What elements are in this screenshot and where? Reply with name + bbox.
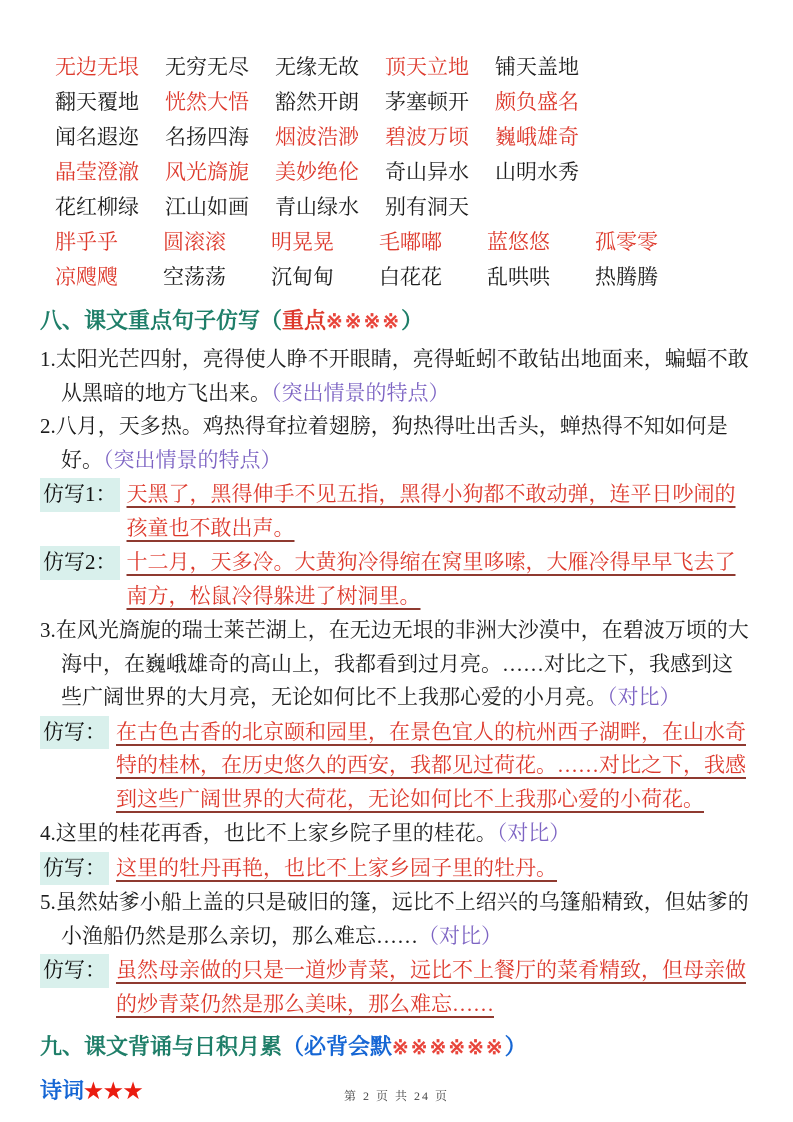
sentence-item-1: 1.太阳光芒四射，亮得使人睁不开眼睛，亮得蚯蚓不敢钻出地面来，蝙蝠不敢从黑暗的地… — [40, 343, 753, 410]
item-note: （突出情景的特点） — [103, 448, 282, 472]
fangxie-label: 仿写： — [40, 954, 109, 988]
section9-tag: 必背会默 — [304, 1034, 392, 1059]
idiom-word: 青山绿水 — [275, 190, 385, 225]
fangxie-answer: 虽然母亲做的只是一道炒青菜，远比不上餐厅的菜肴精致，但母亲做的炒青菜仍然是那么美… — [116, 954, 753, 1021]
idiom-word: 豁然开朗 — [275, 85, 385, 120]
fangxie-answer: 在古色古香的北京颐和园里，在景色宜人的杭州西子湖畔，在山水奇特的桂林，在历史悠久… — [116, 716, 753, 817]
idiom-row: 凉飕飕空荡荡沉甸甸白花花乱哄哄热腾腾 — [55, 260, 753, 295]
idiom-word: 闻名遐迩 — [55, 120, 165, 155]
idiom-row: 翻天覆地恍然大悟豁然开朗茅塞顿开颇负盛名 — [55, 85, 753, 120]
idiom-word: 孤零零 — [595, 225, 703, 260]
item-number: 5. — [40, 890, 56, 914]
fangxie-block-2: 仿写2： 十二月，天多冷。大黄狗冷得缩在窝里哆嗦，大雁冷得早早飞去了南方，松鼠冷… — [40, 546, 753, 613]
item-note: （对比） — [418, 924, 502, 948]
fangxie-label: 仿写： — [40, 852, 109, 886]
fangxie-block-4: 仿写： 这里的牡丹再艳，也比不上家乡园子里的牡丹。 — [40, 852, 753, 886]
idiom-word: 名扬四海 — [165, 120, 275, 155]
idiom-word: 巍峨雄奇 — [495, 120, 605, 155]
item-number: 4. — [40, 821, 56, 845]
page-number-footer: 第 2 页 共 24 页 — [0, 1087, 793, 1104]
idiom-row: 无边无垠无穷无尽无缘无故顶天立地铺天盖地 — [55, 50, 753, 85]
idiom-word: 蓝悠悠 — [487, 225, 595, 260]
paren-close: ） — [505, 1034, 527, 1059]
section9-title: 九、课文背诵与日积月累 — [40, 1034, 282, 1059]
fangxie-label: 仿写2： — [40, 546, 120, 580]
idiom-word: 顶天立地 — [385, 50, 495, 85]
idiom-row: 晶莹澄澈风光旖旎美妙绝伦奇山异水山明水秀 — [55, 155, 753, 190]
idiom-word: 白花花 — [379, 260, 487, 295]
idiom-word: 奇山异水 — [385, 155, 495, 190]
idiom-word: 翻天覆地 — [55, 85, 165, 120]
fangxie-answer: 十二月，天多冷。大黄狗冷得缩在窝里哆嗦，大雁冷得早早飞去了南方，松鼠冷得躲进了树… — [127, 546, 754, 613]
paren-open: （ — [282, 1034, 304, 1059]
item-number: 1. — [40, 347, 56, 371]
idiom-word: 风光旖旎 — [165, 155, 275, 190]
idiom-word: 碧波万顷 — [385, 120, 495, 155]
idiom-word: 沉甸甸 — [271, 260, 379, 295]
item-note: （对比） — [497, 821, 571, 845]
item-number: 2. — [40, 414, 56, 438]
idiom-word: 空荡荡 — [163, 260, 271, 295]
idiom-word: 山明水秀 — [495, 155, 605, 190]
paren-open: （ — [260, 308, 282, 333]
idiom-word: 圆滚滚 — [163, 225, 271, 260]
item-number: 3. — [40, 618, 56, 642]
fangxie-label: 仿写： — [40, 716, 109, 750]
idiom-word: 烟波浩渺 — [275, 120, 385, 155]
item-note: （对比） — [607, 685, 681, 709]
idiom-word: 别有洞天 — [385, 190, 495, 225]
fangxie-answer: 天黑了，黑得伸手不见五指，黑得小狗都不敢动弹，连平日吵闹的孩童也不敢出声。 — [127, 478, 754, 545]
idiom-word: 恍然大悟 — [165, 85, 275, 120]
paren-close: ） — [401, 308, 423, 333]
item-text: 这里的桂花再香，也比不上家乡院子里的桂花。 — [56, 821, 497, 845]
idiom-word: 美妙绝伦 — [275, 155, 385, 190]
fangxie-block-1: 仿写1： 天黑了，黑得伸手不见五指，黑得小狗都不敢动弹，连平日吵闹的孩童也不敢出… — [40, 478, 753, 545]
sentence-item-2: 2.八月，天多热。鸡热得耷拉着翅膀，狗热得吐出舌头，蝉热得不知如何是好。（突出情… — [40, 410, 753, 477]
idiom-word: 无穷无尽 — [165, 50, 275, 85]
idiom-word: 凉飕飕 — [55, 260, 163, 295]
fangxie-block-3: 仿写： 在古色古香的北京颐和园里，在景色宜人的杭州西子湖畔，在山水奇特的桂林，在… — [40, 716, 753, 817]
idiom-word: 颇负盛名 — [495, 85, 605, 120]
idiom-word: 江山如画 — [165, 190, 275, 225]
idiom-word: 毛嘟嘟 — [379, 225, 487, 260]
idiom-word: 晶莹澄澈 — [55, 155, 165, 190]
importance-stars: ※※※※ — [326, 311, 401, 333]
idiom-row: 闻名遐迩名扬四海烟波浩渺碧波万顷巍峨雄奇 — [55, 120, 753, 155]
idiom-word: 无缘无故 — [275, 50, 385, 85]
item-note: （突出情景的特点） — [271, 381, 450, 405]
item-text: 虽然姑爹小船上盖的只是破旧的篷，远比不上绍兴的乌篷船精致，但姑爹的小渔船仍然是那… — [56, 890, 749, 948]
idiom-grid: 无边无垠无穷无尽无缘无故顶天立地铺天盖地 翻天覆地恍然大悟豁然开朗茅塞顿开颇负盛… — [40, 50, 753, 295]
fangxie-label: 仿写1： — [40, 478, 120, 512]
fangxie-answer: 这里的牡丹再艳，也比不上家乡园子里的牡丹。 — [116, 852, 557, 886]
idiom-word: 茅塞顿开 — [385, 85, 495, 120]
section9-heading: 九、课文背诵与日积月累（必背会默※※※※※※） — [40, 1030, 753, 1065]
idiom-word: 乱哄哄 — [487, 260, 595, 295]
document-page: 无边无垠无穷无尽无缘无故顶天立地铺天盖地 翻天覆地恍然大悟豁然开朗茅塞顿开颇负盛… — [0, 0, 793, 1122]
idiom-row: 胖乎乎圆滚滚明晃晃毛嘟嘟蓝悠悠孤零零 — [55, 225, 753, 260]
section8-tag: 重点 — [282, 308, 326, 333]
section8-title: 八、课文重点句子仿写 — [40, 308, 260, 333]
idiom-word: 无边无垠 — [55, 50, 165, 85]
idiom-word: 胖乎乎 — [55, 225, 163, 260]
idiom-word: 明晃晃 — [271, 225, 379, 260]
idiom-row: 花红柳绿江山如画青山绿水别有洞天 — [55, 190, 753, 225]
idiom-word: 铺天盖地 — [495, 50, 605, 85]
section8-heading: 八、课文重点句子仿写（重点※※※※） — [40, 304, 753, 339]
fangxie-block-5: 仿写： 虽然母亲做的只是一道炒青菜，远比不上餐厅的菜肴精致，但母亲做的炒青菜仍然… — [40, 954, 753, 1021]
sentence-item-5: 5.虽然姑爹小船上盖的只是破旧的篷，远比不上绍兴的乌篷船精致，但姑爹的小渔船仍然… — [40, 886, 753, 953]
idiom-word: 花红柳绿 — [55, 190, 165, 225]
idiom-word: 热腾腾 — [595, 260, 703, 295]
sentence-item-3: 3.在风光旖旎的瑞士莱芒湖上，在无边无垠的非洲大沙漠中，在碧波万顷的大海中，在巍… — [40, 614, 753, 715]
sentence-item-4: 4.这里的桂花再香，也比不上家乡院子里的桂花。（对比） — [40, 817, 753, 851]
importance-stars: ※※※※※※ — [392, 1037, 505, 1059]
